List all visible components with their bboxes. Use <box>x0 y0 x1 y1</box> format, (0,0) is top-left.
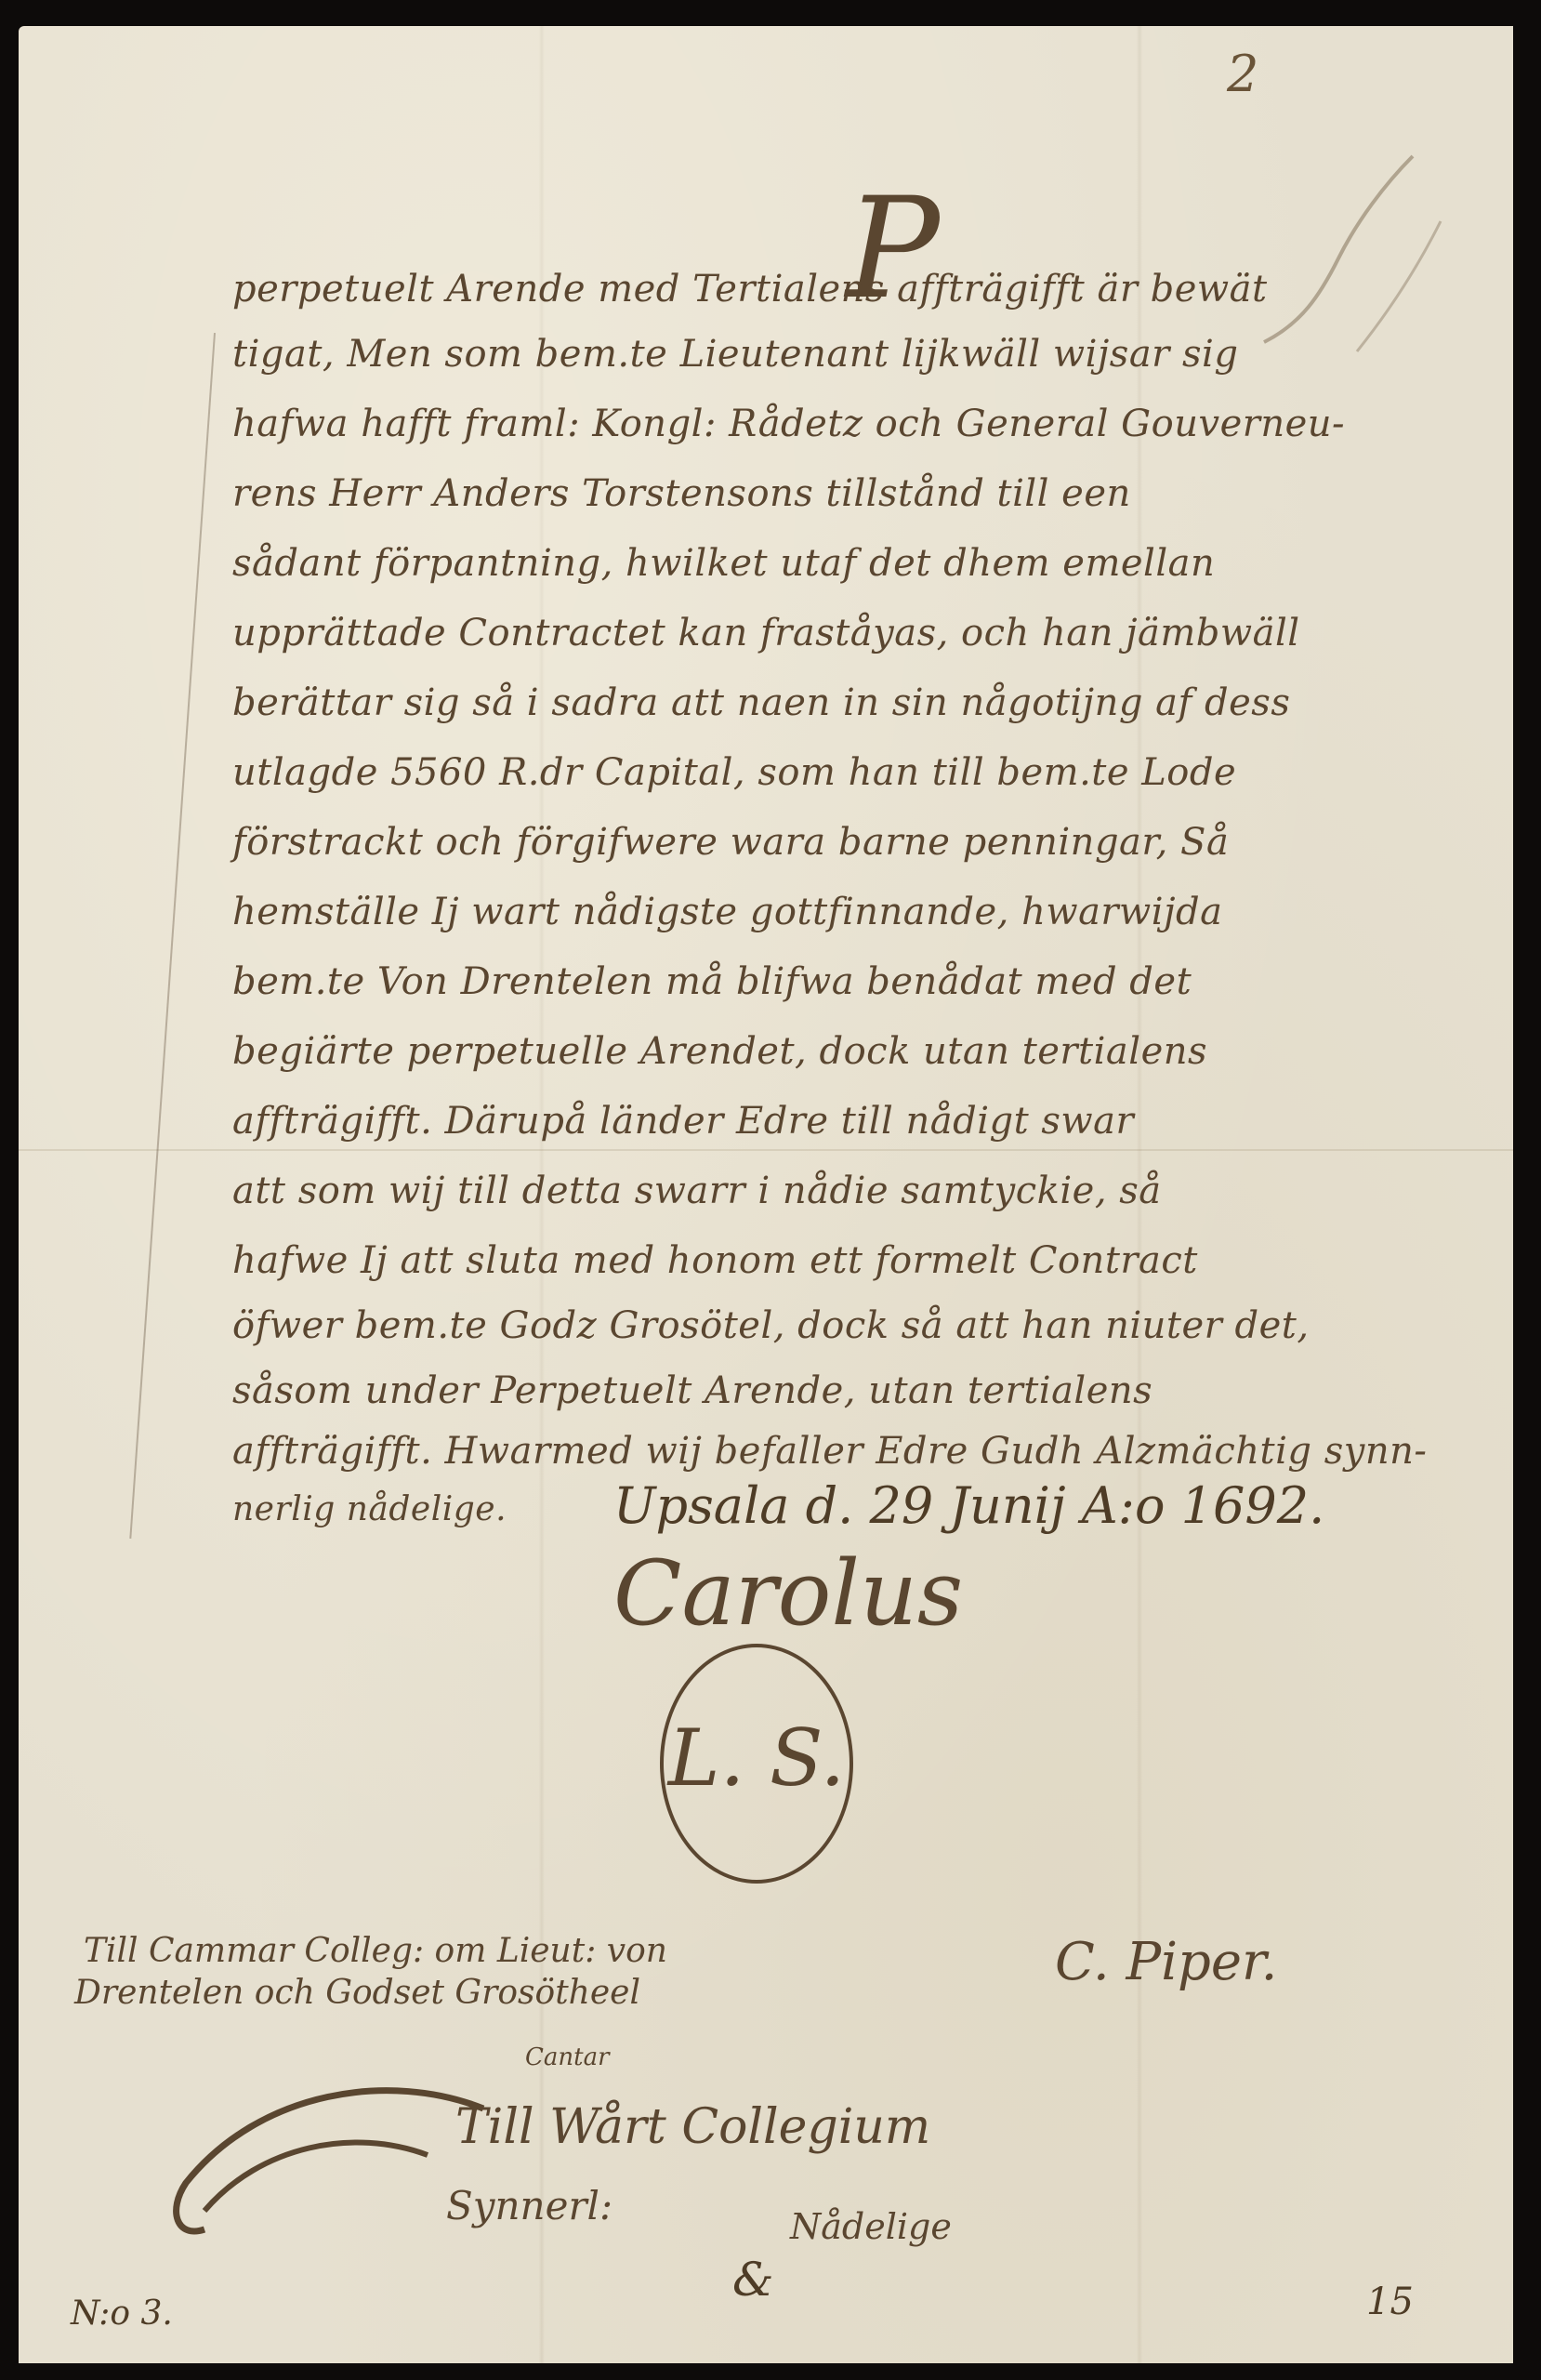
archive-number: N:o 3. <box>71 2294 173 2333</box>
locus-sigilli: L. S. <box>664 1712 850 1804</box>
decorative-flourish-icon <box>1245 147 1469 370</box>
horizontal-fold-line <box>19 1149 1513 1151</box>
body-line-19: nerlig nådelige. <box>232 1490 507 1528</box>
address-line-1: Till Cammar Colleg: om Lieut: von <box>84 1932 667 1970</box>
address-line-3: Till Wårt Collegium <box>455 2099 930 2155</box>
body-line-4: rens Herr Anders Torstensons tillstånd t… <box>232 472 1131 515</box>
body-line-9: förstrackt och förgifwere wara barne pen… <box>232 821 1229 864</box>
body-line-13: affträgifft. Därupå länder Edre till nåd… <box>232 1100 1134 1143</box>
margin-rule <box>129 333 216 1539</box>
secretary-signature: C. Piper. <box>1055 1932 1277 1992</box>
body-line-16: öfwer bem.te Godz Grosötel, dock så att … <box>232 1304 1310 1347</box>
address-line-4: Synnerl: <box>446 2183 612 2228</box>
address-line-2: Drentelen och Godset Grosötheel <box>74 1974 640 2012</box>
body-line-11: bem.te Von Drentelen må blifwa benådat m… <box>232 960 1192 1003</box>
address-cantar-label: Cantar <box>525 2043 610 2071</box>
page-number: 15 <box>1366 2281 1414 2323</box>
date-line: Upsala d. 29 Junij A:o 1692. <box>613 1476 1324 1535</box>
king-signature: Carolus <box>613 1541 963 1646</box>
seal-circle: L. S. <box>660 1644 853 1884</box>
body-line-12: begiärte perpetuelle Arendet, dock utan … <box>232 1030 1207 1073</box>
address-swash-icon <box>149 2071 502 2257</box>
body-line-8: utlagde 5560 R.dr Capital, som han till … <box>232 751 1236 794</box>
body-line-10: hemställe Ij wart nådigste gottfinnande,… <box>232 891 1222 933</box>
body-line-15: hafwe Ij att sluta med honom ett formelt… <box>232 1239 1198 1282</box>
body-line-3: hafwa hafft framl: Kongl: Rådetz och Gen… <box>232 403 1345 445</box>
address-line-5: Nådelige <box>790 2206 952 2247</box>
body-line-17: såsom under Perpetuelt Arende, utan tert… <box>232 1369 1152 1412</box>
body-line-6: upprättade Contractet kan fraståyas, och… <box>232 612 1300 654</box>
ampersand-mark: & <box>732 2253 774 2307</box>
body-line-14: att som wij till detta swarr i nådie sam… <box>232 1170 1162 1212</box>
body-line-1: perpetuelt Arende med Tertialens affträg… <box>232 268 1268 311</box>
body-line-18: affträgifft. Hwarmed wij befaller Edre G… <box>232 1430 1427 1473</box>
manuscript-page: 2 P perpetuelt Arende med Tertialens aff… <box>19 26 1513 2363</box>
body-line-5: sådant förpantning, hwilket utaf det dhe… <box>232 542 1215 585</box>
body-line-2: tigat, Men som bem.te Lieutenant lijkwäl… <box>232 333 1238 376</box>
body-line-7: berättar sig så i sadra att naen in sin … <box>232 681 1290 724</box>
corner-mark: 2 <box>1227 45 1258 103</box>
